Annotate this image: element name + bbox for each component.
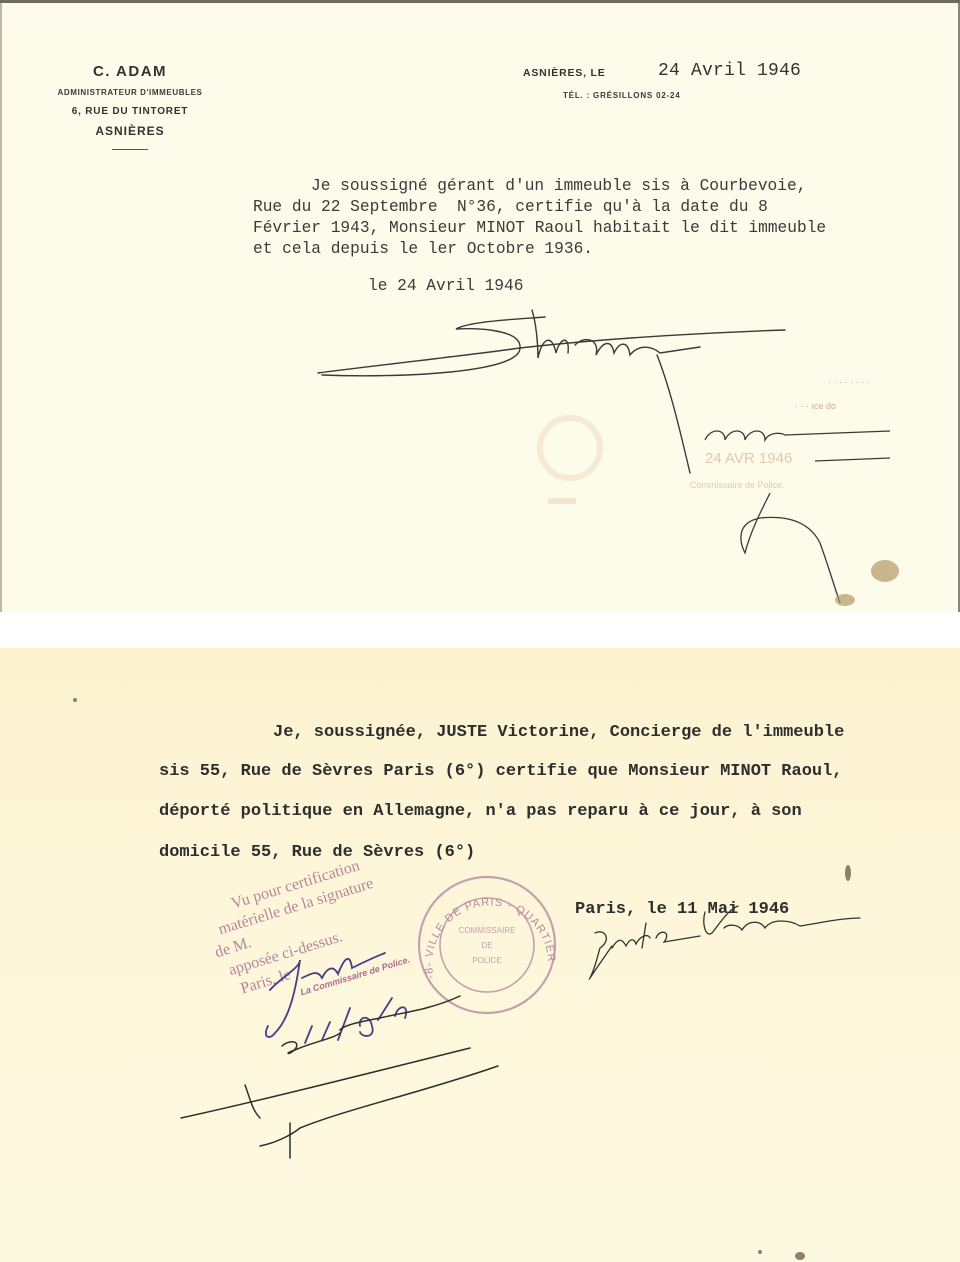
round-stamp: -8- VILLE DE PARIS - QUARTIER NOTRE-DAME… [0, 648, 557, 1013]
svg-text:24 AVR 1946: 24 AVR 1946 [705, 450, 792, 467]
signatures-and-stamps: -8- VILLE DE PARIS - QUARTIER NOTRE-DAME… [0, 648, 960, 1262]
svg-text:Commissaire de Police.: Commissaire de Police. [690, 480, 785, 490]
svg-text:POLICE: POLICE [472, 956, 501, 965]
svg-text:DE: DE [481, 941, 492, 950]
letter-adam: C. ADAM ADMINISTRATEUR D'IMMEUBLES 6, RU… [0, 0, 960, 612]
signature-adam: · · · · · · · · · · · ıce do 24 AVR 1946… [0, 3, 960, 615]
page-gap [0, 612, 960, 648]
letter-juste: Je, soussignée, JUSTE Victorine, Concier… [0, 648, 960, 1262]
stamp-text: · · · · · · · · [828, 377, 869, 387]
svg-text:COMMISSAIRE: COMMISSAIRE [459, 926, 516, 935]
svg-text:· · · ıce do: · · · ıce do [795, 401, 836, 411]
